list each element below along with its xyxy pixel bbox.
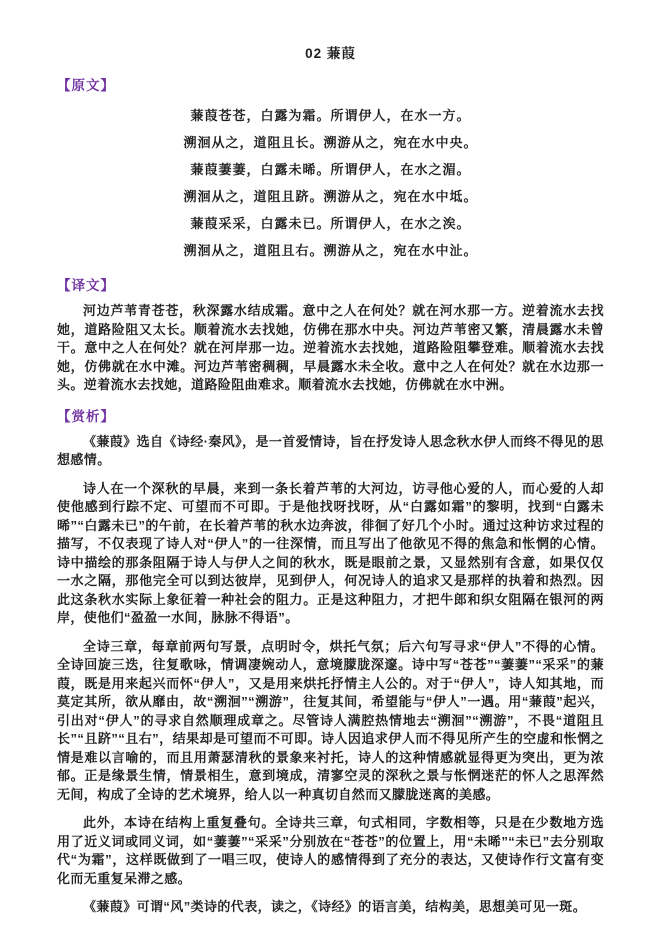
- poem-block: 蒹葭苍苍，白露为霜。所谓伊人，在水一方。溯洄从之，道阻且长。溯游从之，宛在水中央…: [57, 102, 604, 264]
- section-header-analysis: 【赏析】: [57, 407, 604, 427]
- analysis-paragraph: 此外，本诗在结构上重复叠句。全诗共三章，句式相同，字数相等，只是在少数地方选用了…: [57, 814, 604, 888]
- section-analysis: 【赏析】 《蒹葭》选自《诗经·秦风》，是一首爱情诗，旨在抒发诗人思念秋水伊人而终…: [57, 407, 604, 917]
- section-header-original: 【原文】: [57, 76, 604, 96]
- document-page: 02 蒹葭 【原文】 蒹葭苍苍，白露为霜。所谓伊人，在水一方。溯洄从之，道阻且长…: [0, 0, 660, 933]
- analysis-paragraph: 诗人在一个深秋的早晨，来到一条长着芦苇的大河边，访寻他心爱的人，而心爱的人却使他…: [57, 480, 604, 628]
- translation-paragraph: 河边芦苇青苍苍，秋深露水结成霜。意中之人在何处？就在河水那一方。逆着流水去找她，…: [57, 302, 604, 395]
- analysis-body: 《蒹葭》选自《诗经·秦风》，是一首爱情诗，旨在抒发诗人思念秋水伊人而终不得见的思…: [57, 433, 604, 917]
- translation-body: 河边芦苇青苍苍，秋深露水结成霜。意中之人在何处？就在河水那一方。逆着流水去找她，…: [57, 302, 604, 395]
- poem-line: 溯洄从之，道阻且右。溯游从之，宛在水中沚。: [57, 237, 604, 264]
- poem-line: 蒹葭萋萋，白露未晞。所谓伊人，在水之湄。: [57, 156, 604, 183]
- page-title: 02 蒹葭: [57, 44, 604, 64]
- analysis-paragraph: 《蒹葭》可谓“风”类诗的代表，读之，《诗经》的语言美，结构美，思想美可见一斑。: [57, 898, 604, 917]
- poem-line: 蒹葭苍苍，白露为霜。所谓伊人，在水一方。: [57, 102, 604, 129]
- analysis-paragraph: 全诗三章，每章前两句写景，点明时令，烘托气氛；后六句写寻求“伊人”不得的心情。全…: [57, 638, 604, 805]
- poem-line: 溯洄从之，道阻且跻。溯游从之，宛在水中坻。: [57, 183, 604, 210]
- section-original: 【原文】 蒹葭苍苍，白露为霜。所谓伊人，在水一方。溯洄从之，道阻且长。溯游从之，…: [57, 76, 604, 264]
- section-translation: 【译文】 河边芦苇青苍苍，秋深露水结成霜。意中之人在何处？就在河水那一方。逆着流…: [57, 276, 604, 395]
- section-header-translation: 【译文】: [57, 276, 604, 296]
- poem-line: 蒹葭采采，白露未已。所谓伊人，在水之涘。: [57, 210, 604, 237]
- analysis-paragraph: 《蒹葭》选自《诗经·秦风》，是一首爱情诗，旨在抒发诗人思念秋水伊人而终不得见的思…: [57, 433, 604, 470]
- poem-line: 溯洄从之，道阻且长。溯游从之，宛在水中央。: [57, 129, 604, 156]
